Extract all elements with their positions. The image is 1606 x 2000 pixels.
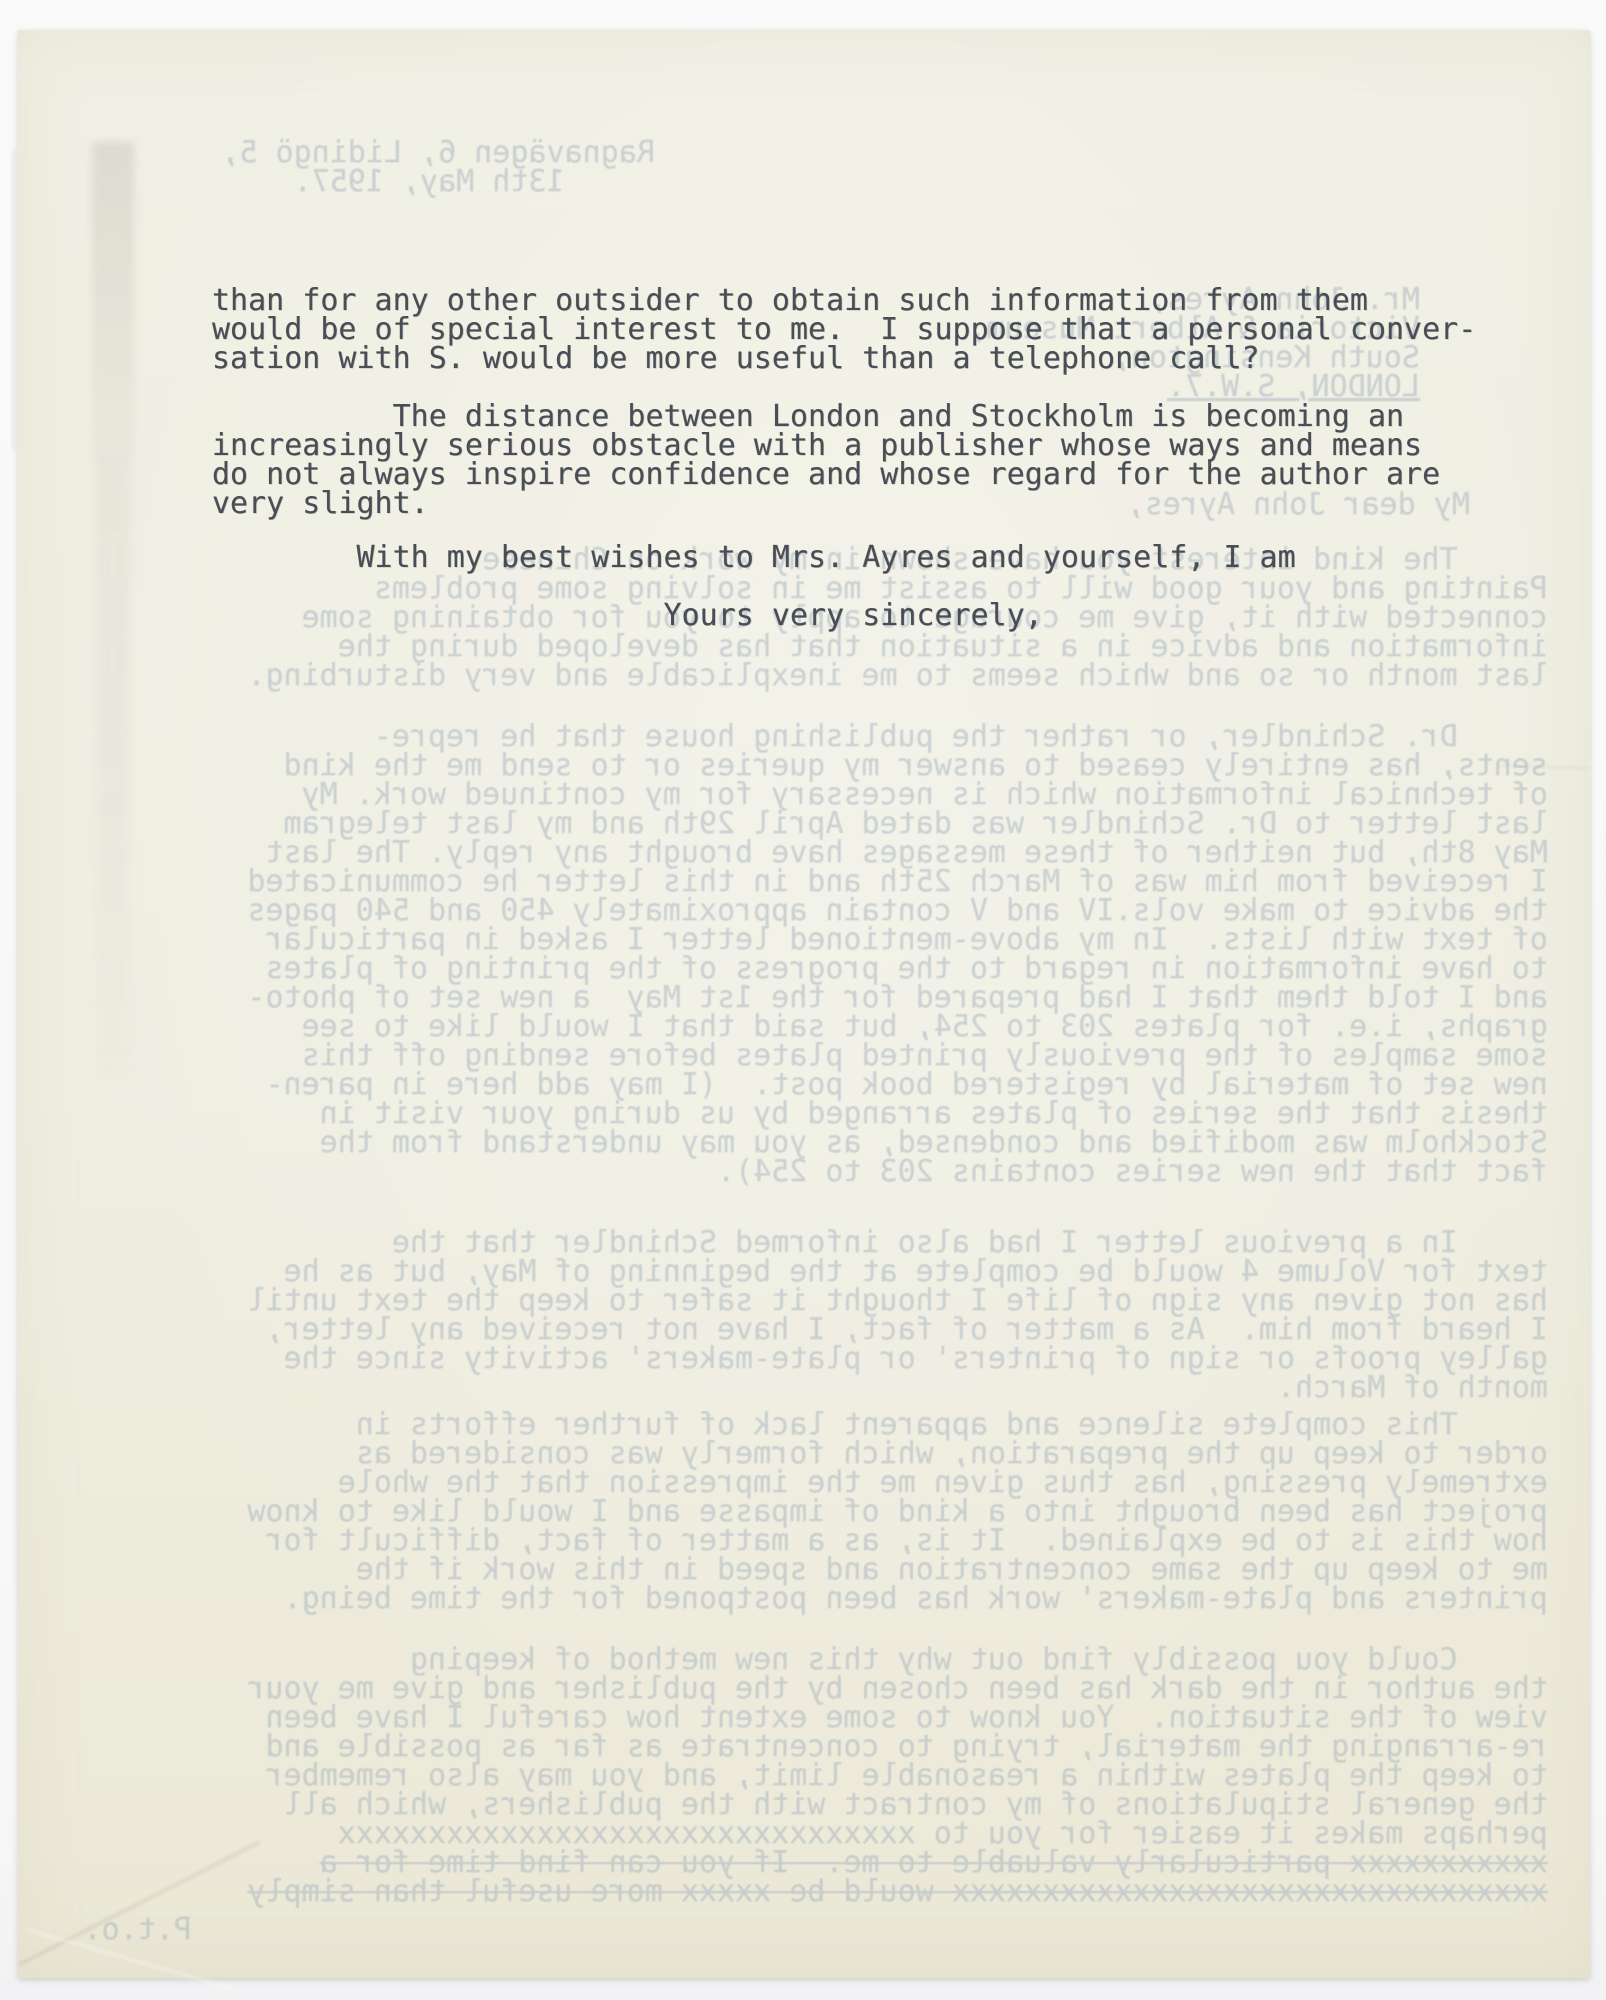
letter-paper: Ragnavägen 6, Lidingö 5, 13th May, 1957.…	[18, 30, 1590, 1978]
letter-paragraph-2: The distance between London and Stockhol…	[212, 402, 1440, 518]
paper-smudge	[96, 460, 130, 1080]
letter-closing: With my best wishes to Mrs. Ayres and yo…	[212, 543, 1296, 572]
paper-smudge	[92, 142, 134, 462]
bleed-paragraph-5: Could you possibly find out why this new…	[248, 1645, 1548, 1848]
bleed-paragraph-3: In a previous letter I had also informed…	[248, 1228, 1548, 1402]
bleed-struck-lines: xxxxxxxxxxx particularly valuable to me.…	[248, 1848, 1548, 1906]
letter-paragraph-1: than for any other outsider to obtain su…	[212, 286, 1476, 373]
bleed-paragraph-4: This complete silence and apparent lack …	[248, 1410, 1548, 1613]
bleed-page-turn-note: P.t.o.	[84, 1915, 192, 1944]
bleed-paragraph-2: Dr. Schindler, or rather the publishing …	[248, 722, 1548, 1186]
paper-crease	[12, 150, 15, 450]
bleed-recipient-line: LONDON, S.W.7.	[1167, 372, 1420, 401]
letter-signoff: Yours very sincerely,	[212, 601, 1043, 630]
scan-background: { "letter": { "paragraph_1": "than for a…	[0, 0, 1606, 2000]
bleed-sender-address: Ragnavägen 6, Lidingö 5, 13th May, 1957.	[222, 138, 655, 196]
